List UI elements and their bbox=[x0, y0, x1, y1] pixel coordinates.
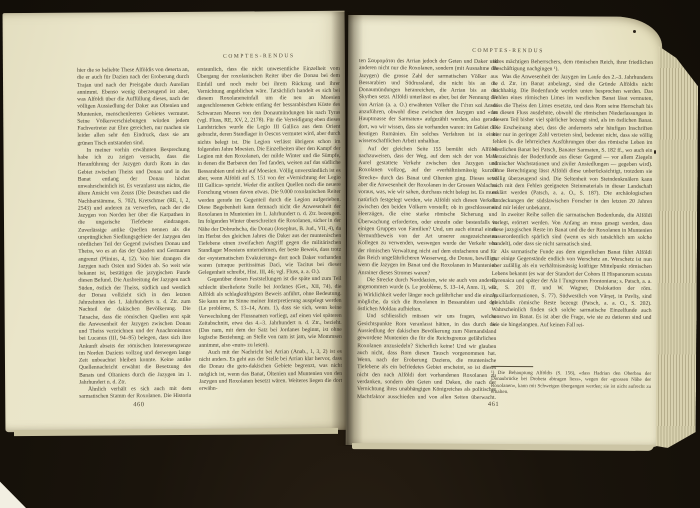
paragraph: ihres mächtigen Beherrschers, dem römisc… bbox=[493, 59, 653, 75]
page-number-460: 460 bbox=[133, 401, 144, 408]
paragraph: Als sarmatische Funde aus dem eigentlich… bbox=[491, 249, 651, 330]
right-page-column-2: ihres mächtigen Beherrschers, dem römisc… bbox=[491, 59, 653, 358]
paragraph: Auf der gleichen Seite 155 bemüht sich A… bbox=[358, 146, 498, 278]
footnote: ¹) Die Behauptung Alföldis (S. 156), «da… bbox=[491, 371, 651, 398]
book-scan: COMPTES-RENDUS hier die so beliebte Thes… bbox=[0, 0, 700, 508]
paragraph: Gegenüber diesen Feststellungen ist die … bbox=[198, 276, 342, 349]
footnote-rule bbox=[491, 366, 533, 367]
scan-speck bbox=[633, 30, 636, 33]
paragraph: hier die so beliebte These Alföldis von … bbox=[77, 67, 190, 148]
paragraph: Auch mit der Nachricht bei Arrian (Anab.… bbox=[199, 349, 342, 393]
paragraph: Die Strecke durch Norddazien, wie sie au… bbox=[357, 277, 496, 314]
paragraph: Ähnlich verhält es sich auch mit dem sar… bbox=[79, 386, 191, 399]
scan-speck bbox=[654, 150, 656, 154]
page-461: COMPTES-RENDUS ten Σαυρομάται des Arrian… bbox=[346, 15, 663, 447]
page-number-461: 461 bbox=[488, 401, 499, 408]
scanbed-corner-sliver bbox=[0, 478, 26, 508]
right-page-bottom-edge bbox=[352, 443, 654, 451]
left-page-bottom-edge bbox=[14, 428, 338, 436]
paragraph: In zweiter Reihe sollen die sarmatischen… bbox=[492, 212, 652, 249]
left-page-column-2: erstaunlich, dass die nicht unwesentlich… bbox=[197, 66, 342, 398]
page-460: COMPTES-RENDUS hier die so beliebte Thes… bbox=[3, 11, 348, 432]
running-header-left: COMPTES-RENDUS bbox=[179, 53, 339, 60]
paragraph: Was die Anwesenheit der Jazygen im Laufe… bbox=[492, 74, 653, 214]
running-header-right: COMPTES-RENDUS bbox=[428, 48, 588, 55]
paragraph: erstaunlich, dass die nicht unwesentlich… bbox=[197, 66, 341, 277]
page-fore-edge-stack bbox=[656, 46, 699, 448]
left-page-column-1: hier die so beliebte These Alföldis von … bbox=[77, 67, 191, 399]
paragraph: In meiner vorhin erwähnten Besprechung h… bbox=[77, 147, 191, 387]
paragraph: ten Σαυρομάται des Arrian jedoch der Get… bbox=[359, 58, 499, 146]
right-page-column-1: ten Σαυρομάται des Arrian jedoch der Get… bbox=[357, 58, 498, 399]
paragraph: Und schliesslich müssen wir uns fragen, … bbox=[357, 313, 497, 398]
